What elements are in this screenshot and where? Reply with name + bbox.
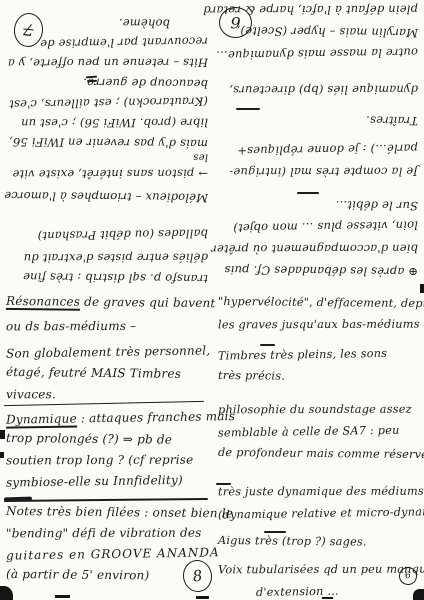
handwritten-line: outre la masse mais dynamique… [218,41,418,66]
handwritten-line: Sur le débit… [218,193,418,217]
handwritten-line: bohème. [10,12,208,34]
handwritten-line: ballades (ou débit Prashant) [10,223,208,246]
handwritten-line: Aigus très (trop ?) sages. [218,530,420,554]
handwritten-line: Traîtres. [218,108,418,132]
handwritten-line: très précis. [218,365,420,389]
handwritten-line: Notes très bien filées : onset bien le [6,501,210,524]
handwritten-line: beaucoup de guerre. [10,72,208,94]
scan-artifact-corner [413,589,424,600]
handwritten-line: Voix tubularisées qd un peu manquant [218,559,420,582]
line-rest: de graves qui bavent [80,295,216,310]
handwritten-line: → piston sans intérêt, existe vite [10,164,208,185]
underline-stroke [297,192,319,194]
handwritten-line: Dynamique : attaques franches mais [6,406,210,430]
overline-tres [216,483,231,485]
page7-upside-down-block: transfo p. sql distrib : très fine délié… [10,6,208,288]
underlined-word: Dynamique [6,411,77,428]
handwritten-line: soutien trop long ? (cf reprise [6,450,210,472]
handwritten-line: les graves jusqu'aux bas-médiums – [218,314,420,337]
page8-notes-block: Résonances de graves qui bavent ou ds ba… [6,292,210,596]
handwritten-line: dynamique liés (bp) directeurs, [218,79,418,102]
scan-artifact-dash [55,595,70,598]
double-tick-mark [87,80,97,82]
line-rest: : attaques franches mais [77,409,235,425]
handwritten-line: "hypervélocité", d'effacement, depuis [218,291,420,315]
handwritten-line: plein défaut à l'afci, harpe & retard [218,0,418,21]
scanned-notebook-sheet: 7 6 8 6 transfo p. sql distrib : très fi… [0,0,424,600]
handwritten-line: (dynamique relative et micro-dynamique) [218,501,420,526]
handwritten-line: libre (prob. IWiFi 56) ; c'est un [10,113,208,134]
handwritten-line: ou ds bas-médiums – [6,316,210,338]
handwritten-line: Marylin mais – hyper (Scelte), [218,20,418,44]
scan-artifact-edge [420,284,424,293]
handwritten-line: (Krautarockn) ; est ailleurs, c'est [10,91,208,114]
handwritten-line: d'extension … [218,579,420,600]
handwritten-line: Timbres très pleins, les sons [218,342,420,367]
handwritten-line: recouvrant par l'emprise de [10,31,208,54]
handwritten-line: déliés entre pistes d'extrait du [10,248,208,269]
handwritten-line: (à partir de 5' environ) [6,564,210,587]
scan-artifact-edge [0,452,4,458]
underlined-word: Résonances [6,294,80,311]
handwritten-line: étagé, feutré MAIS Timbres [6,362,210,385]
handwritten-line: mais d'y pas revenir en IWiFi 56, [10,132,208,154]
handwritten-line: ⊕ après les débandades Cf. puis [218,259,418,283]
overline-tres [260,344,275,346]
underline-stroke [236,108,260,110]
handwritten-line: transfo p. sql distrib : très fine [10,267,208,289]
handwritten-line: bien d'accompagnement où prêter [218,238,418,261]
handwritten-line: de profondeur mais comme réserves. [218,442,420,466]
page6-upside-down-block: ⊕ après les débandades Cf. puis bien d'a… [218,6,418,282]
scan-artifact-edge [0,430,5,439]
handwritten-line: très juste dynamique des médiums [218,481,420,504]
handwritten-line: trop prolongés (?) ⇒ pb de [6,428,210,451]
handwritten-line: "bending" défi de vibration des [6,523,210,545]
handwritten-line: Son globalement très personnel, [6,340,210,364]
handwritten-line: philosophie du soundstage assez [218,399,420,422]
scan-artifact-dash [196,596,209,599]
handwritten-line: guitares en GROOVE ANANDA [6,542,210,566]
handwritten-line: Résonances de graves qui bavent [6,291,210,314]
handwritten-line: Je la compte très mal (intrigue- [218,161,418,184]
scan-artifact-dash [322,597,333,599]
handwritten-line: loin, vitesse plus … mon objet) [218,214,418,239]
handwritten-line: Hits – retenue un peu offerte, y a [10,53,208,74]
right-page-notes-block: "hypervélocité", d'effacement, depuis le… [218,292,420,596]
handwritten-line: symbiose-elle su Innfidelity) [6,469,210,493]
handwritten-line: parlé…) : je donne répliques+ [218,137,418,162]
handwritten-line: semblable à celle de SA7 : peu [218,419,420,444]
handwritten-line: Mélodieux – triomphes à l'amorce : [10,186,208,208]
overline-trop [264,531,286,533]
